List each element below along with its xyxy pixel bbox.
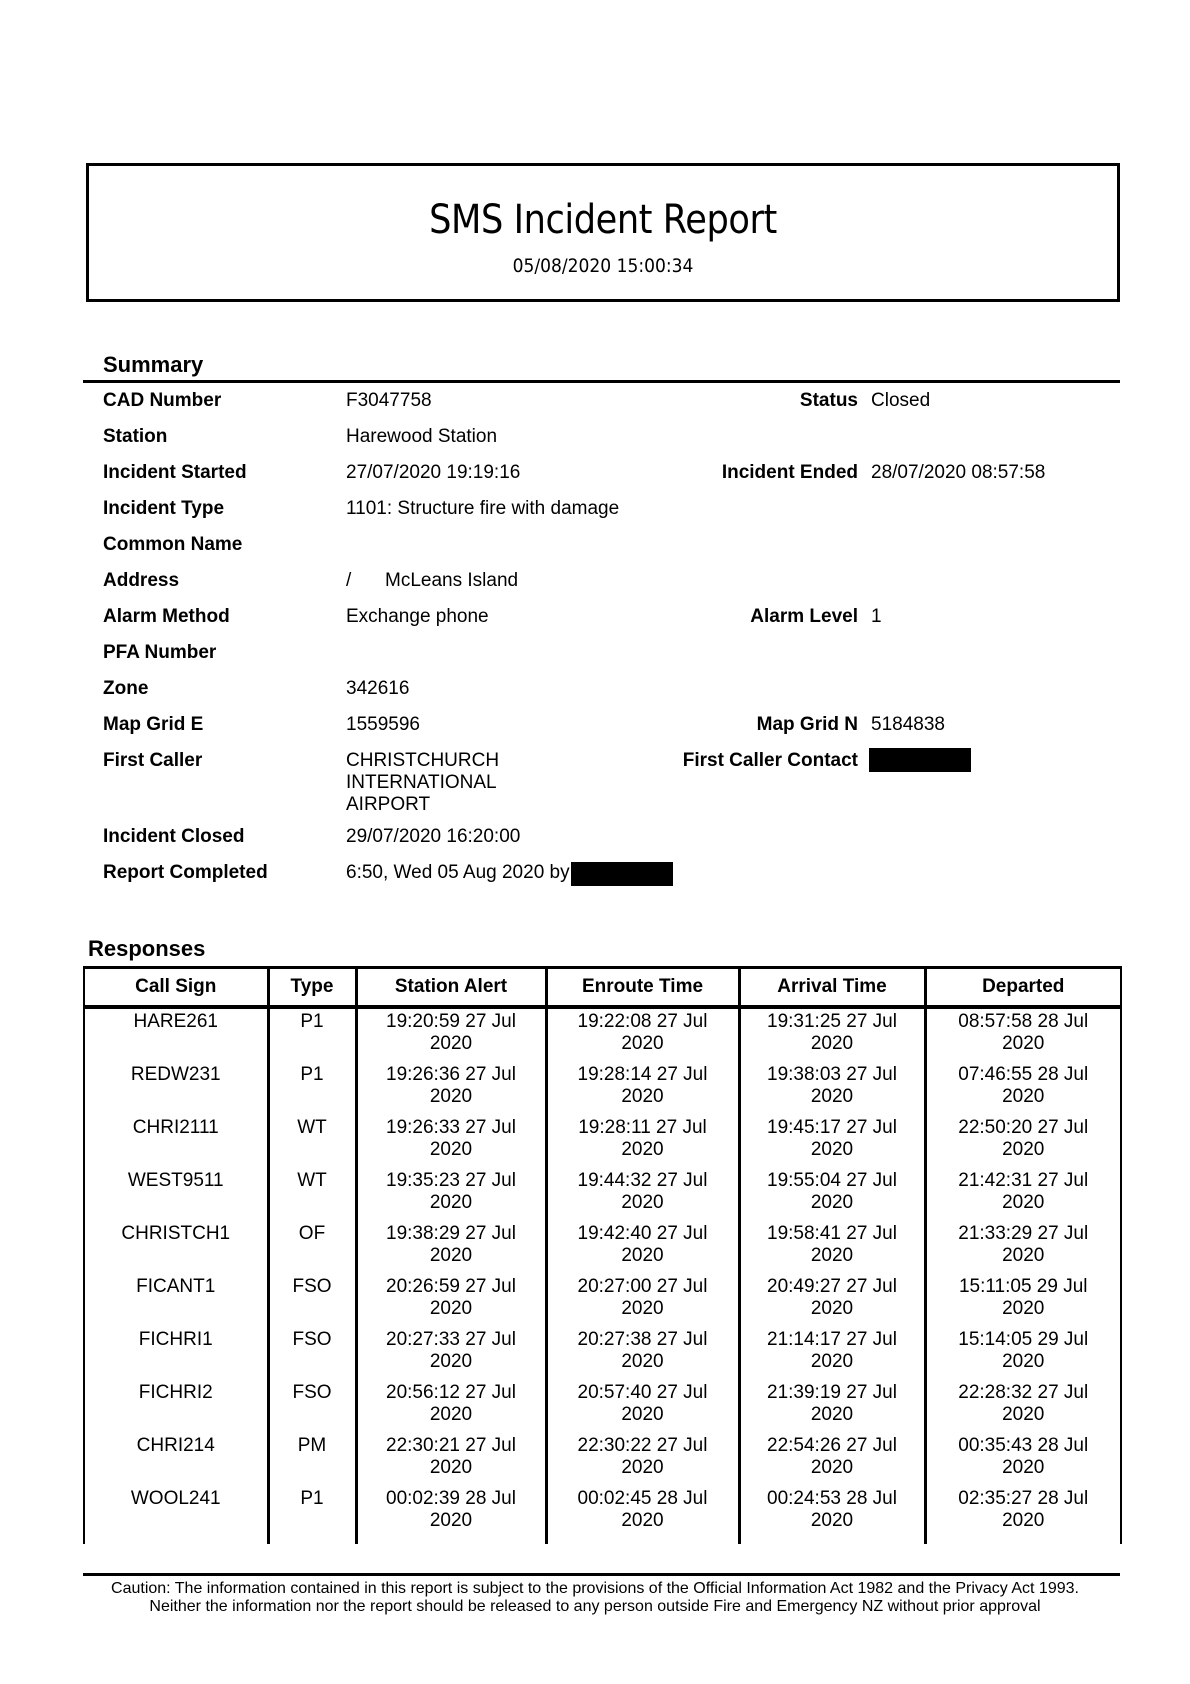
cell-station-alert: 00:02:39 28 Jul2020 (356, 1486, 546, 1544)
zone-value: 342616 (346, 678, 409, 700)
cell-line: 20:56:12 27 Jul (362, 1382, 541, 1404)
cell-line: 19:22:08 27 Jul (552, 1011, 734, 1033)
cell-line: 2020 (931, 1139, 1117, 1161)
cell-call-sign: CHRI214 (84, 1433, 268, 1486)
cell-line: 22:30:22 27 Jul (552, 1435, 734, 1457)
report-completed-label: Report Completed (103, 862, 268, 884)
cell-line: 21:39:19 27 Jul (745, 1382, 920, 1404)
cell-line: 2020 (745, 1457, 920, 1479)
summary-row-incident-closed: Incident Closed 29/07/2020 16:20:00 (0, 826, 1190, 856)
cell-line: 2020 (362, 1351, 541, 1373)
column-header-departed: Departed (925, 968, 1121, 1008)
cell-departed: 22:50:20 27 Jul2020 (925, 1115, 1121, 1168)
cell-line: 19:44:32 27 Jul (552, 1170, 734, 1192)
cell-line: 2020 (745, 1033, 920, 1055)
cell-enroute-time: 19:28:14 27 Jul2020 (546, 1062, 739, 1115)
summary-row-address: Address /McLeans Island (0, 570, 1190, 600)
cell-line: 19:28:11 27 Jul (552, 1117, 734, 1139)
summary-row-pfa: PFA Number (0, 642, 1190, 672)
cell-call-sign: HARE261 (84, 1007, 268, 1062)
cell-departed: 08:57:58 28 Jul2020 (925, 1007, 1121, 1062)
cell-line: 2020 (552, 1298, 734, 1320)
cell-line: 2020 (931, 1245, 1117, 1267)
summary-heading: Summary (103, 352, 203, 378)
table-row: FICANT1FSO20:26:59 27 Jul202020:27:00 27… (84, 1274, 1121, 1327)
cell-station-alert: 19:20:59 27 Jul2020 (356, 1007, 546, 1062)
cell-enroute-time: 19:28:11 27 Jul2020 (546, 1115, 739, 1168)
cell-line: 19:38:03 27 Jul (745, 1064, 920, 1086)
cell-line: 2020 (931, 1510, 1117, 1532)
summary-row-report-completed: Report Completed 6:50, Wed 05 Aug 2020 b… (0, 862, 1190, 892)
cell-type: P1 (268, 1486, 356, 1544)
cell-line: 15:11:05 29 Jul (931, 1276, 1117, 1298)
table-row: FICHRI1FSO20:27:33 27 Jul202020:27:38 27… (84, 1327, 1121, 1380)
cell-call-sign: CHRISTCH1 (84, 1221, 268, 1274)
report-header: SMS Incident Report 05/08/2020 15:00:34 (86, 163, 1120, 302)
cad-number-value: F3047758 (346, 390, 432, 412)
alarm-level-value: 1 (871, 606, 882, 628)
cell-line: 20:26:59 27 Jul (362, 1276, 541, 1298)
cell-call-sign: REDW231 (84, 1062, 268, 1115)
incident-type-label: Incident Type (103, 498, 224, 520)
cell-line: 2020 (362, 1033, 541, 1055)
incident-closed-label: Incident Closed (103, 826, 244, 848)
cell-enroute-time: 20:57:40 27 Jul2020 (546, 1380, 739, 1433)
alarm-level-label: Alarm Level (750, 606, 858, 628)
cell-line: 19:45:17 27 Jul (745, 1117, 920, 1139)
table-row: CHRI2111WT19:26:33 27 Jul202019:28:11 27… (84, 1115, 1121, 1168)
footer-divider (83, 1573, 1120, 1576)
cell-line: 20:27:00 27 Jul (552, 1276, 734, 1298)
cell-line: 00:24:53 28 Jul (745, 1488, 920, 1510)
cell-line: 2020 (745, 1245, 920, 1267)
cell-type: FSO (268, 1327, 356, 1380)
summary-row-station: Station Harewood Station (0, 426, 1190, 456)
station-label: Station (103, 426, 167, 448)
station-value: Harewood Station (346, 426, 497, 448)
summary-row-common-name: Common Name (0, 534, 1190, 564)
cad-number-label: CAD Number (103, 390, 221, 412)
cell-line: 2020 (745, 1298, 920, 1320)
cell-line: 19:31:25 27 Jul (745, 1011, 920, 1033)
report-generated-timestamp: 05/08/2020 15:00:34 (140, 255, 1065, 277)
cell-call-sign: CHRI2111 (84, 1115, 268, 1168)
cell-departed: 21:42:31 27 Jul2020 (925, 1168, 1121, 1221)
first-caller-line: CHRISTCHURCH (346, 750, 499, 772)
cell-departed: 15:14:05 29 Jul2020 (925, 1327, 1121, 1380)
cell-line: 19:35:23 27 Jul (362, 1170, 541, 1192)
cell-arrival-time: 19:58:41 27 Jul2020 (739, 1221, 925, 1274)
cell-line: 2020 (745, 1404, 920, 1426)
cell-type: OF (268, 1221, 356, 1274)
cell-line: 2020 (931, 1298, 1117, 1320)
cell-type: P1 (268, 1007, 356, 1062)
cell-arrival-time: 21:14:17 27 Jul2020 (739, 1327, 925, 1380)
first-caller-contact-redaction (869, 748, 971, 772)
summary-row-map-grid: Map Grid E 1559596 Map Grid N 5184838 (0, 714, 1190, 744)
cell-line: 2020 (362, 1298, 541, 1320)
cell-call-sign: WOOL241 (84, 1486, 268, 1544)
cell-station-alert: 19:38:29 27 Jul2020 (356, 1221, 546, 1274)
cell-line: 2020 (552, 1404, 734, 1426)
cell-line: 19:26:36 27 Jul (362, 1064, 541, 1086)
address-label: Address (103, 570, 179, 592)
cell-line: 19:55:04 27 Jul (745, 1170, 920, 1192)
cell-arrival-time: 19:45:17 27 Jul2020 (739, 1115, 925, 1168)
incident-closed-value: 29/07/2020 16:20:00 (346, 826, 520, 848)
cell-type: FSO (268, 1380, 356, 1433)
responses-table-body: HARE261P119:20:59 27 Jul202019:22:08 27 … (84, 1007, 1121, 1544)
cell-arrival-time: 20:49:27 27 Jul2020 (739, 1274, 925, 1327)
cell-line: 2020 (552, 1139, 734, 1161)
cell-line: 00:02:45 28 Jul (552, 1488, 734, 1510)
cell-line: 2020 (745, 1351, 920, 1373)
cell-call-sign: FICHRI1 (84, 1327, 268, 1380)
summary-divider (83, 380, 1120, 383)
cell-line: 20:27:33 27 Jul (362, 1329, 541, 1351)
cell-line: 2020 (362, 1086, 541, 1108)
cell-enroute-time: 22:30:22 27 Jul2020 (546, 1433, 739, 1486)
cell-line: 08:57:58 28 Jul (931, 1011, 1117, 1033)
pfa-number-label: PFA Number (103, 642, 216, 664)
cell-line: 2020 (552, 1245, 734, 1267)
cell-line: 2020 (552, 1192, 734, 1214)
cell-line: 19:42:40 27 Jul (552, 1223, 734, 1245)
cell-line: 2020 (931, 1404, 1117, 1426)
summary-row-incident-type: Incident Type 1101: Structure fire with … (0, 498, 1190, 528)
cell-line: 2020 (552, 1457, 734, 1479)
cell-line: 2020 (362, 1245, 541, 1267)
cell-departed: 22:28:32 27 Jul2020 (925, 1380, 1121, 1433)
cell-line: 19:58:41 27 Jul (745, 1223, 920, 1245)
cell-line: 07:46:55 28 Jul (931, 1064, 1117, 1086)
report-completed-by-redaction (571, 862, 673, 886)
footer-caution-line-2: Neither the information nor the report s… (0, 1598, 1190, 1616)
cell-call-sign: FICHRI2 (84, 1380, 268, 1433)
cell-line: 22:54:26 27 Jul (745, 1435, 920, 1457)
cell-call-sign: FICANT1 (84, 1274, 268, 1327)
column-header-call-sign: Call Sign (84, 968, 268, 1008)
alarm-method-value: Exchange phone (346, 606, 489, 628)
cell-line: 2020 (362, 1404, 541, 1426)
cell-line: 2020 (362, 1457, 541, 1479)
cell-enroute-time: 19:22:08 27 Jul2020 (546, 1007, 739, 1062)
cell-line: 22:28:32 27 Jul (931, 1382, 1117, 1404)
incident-ended-value: 28/07/2020 08:57:58 (871, 462, 1045, 484)
cell-call-sign: WEST9511 (84, 1168, 268, 1221)
cell-station-alert: 20:56:12 27 Jul2020 (356, 1380, 546, 1433)
cell-line: 21:42:31 27 Jul (931, 1170, 1117, 1192)
cell-line: 2020 (552, 1510, 734, 1532)
cell-line: 19:38:29 27 Jul (362, 1223, 541, 1245)
cell-station-alert: 19:26:33 27 Jul2020 (356, 1115, 546, 1168)
incident-started-value: 27/07/2020 19:19:16 (346, 462, 520, 484)
table-row: CHRI214PM22:30:21 27 Jul202022:30:22 27 … (84, 1433, 1121, 1486)
report-completed-value: 6:50, Wed 05 Aug 2020 by (346, 862, 673, 886)
zone-label: Zone (103, 678, 148, 700)
table-row: FICHRI2FSO20:56:12 27 Jul202020:57:40 27… (84, 1380, 1121, 1433)
cell-line: 21:14:17 27 Jul (745, 1329, 920, 1351)
cell-type: PM (268, 1433, 356, 1486)
cell-line: 00:35:43 28 Jul (931, 1435, 1117, 1457)
cell-departed: 00:35:43 28 Jul2020 (925, 1433, 1121, 1486)
responses-table: Call Sign Type Station Alert Enroute Tim… (83, 966, 1122, 1544)
summary-row-zone: Zone 342616 (0, 678, 1190, 708)
cell-line: 20:57:40 27 Jul (552, 1382, 734, 1404)
cell-type: FSO (268, 1274, 356, 1327)
cell-line: 2020 (931, 1033, 1117, 1055)
first-caller-line: INTERNATIONAL (346, 772, 499, 794)
map-grid-n-value: 5184838 (871, 714, 945, 736)
cell-line: 2020 (362, 1510, 541, 1532)
cell-arrival-time: 22:54:26 27 Jul2020 (739, 1433, 925, 1486)
footer-caution-line-1: Caution: The information contained in th… (0, 1580, 1190, 1598)
cell-line: 2020 (931, 1457, 1117, 1479)
table-row: HARE261P119:20:59 27 Jul202019:22:08 27 … (84, 1007, 1121, 1062)
cell-departed: 15:11:05 29 Jul2020 (925, 1274, 1121, 1327)
summary-row-incident-times: Incident Started 27/07/2020 19:19:16 Inc… (0, 462, 1190, 492)
cell-station-alert: 19:26:36 27 Jul2020 (356, 1062, 546, 1115)
first-caller-line: AIRPORT (346, 794, 499, 816)
cell-line: 2020 (745, 1192, 920, 1214)
cell-line: 2020 (362, 1139, 541, 1161)
cell-line: 2020 (552, 1351, 734, 1373)
cell-line: 22:30:21 27 Jul (362, 1435, 541, 1457)
cell-line: 2020 (931, 1351, 1117, 1373)
cell-departed: 21:33:29 27 Jul2020 (925, 1221, 1121, 1274)
cell-line: 2020 (931, 1086, 1117, 1108)
table-row: WEST9511WT19:35:23 27 Jul202019:44:32 27… (84, 1168, 1121, 1221)
table-row: CHRISTCH1OF19:38:29 27 Jul202019:42:40 2… (84, 1221, 1121, 1274)
cell-arrival-time: 19:31:25 27 Jul2020 (739, 1007, 925, 1062)
cell-arrival-time: 00:24:53 28 Jul2020 (739, 1486, 925, 1544)
summary-row-cad: CAD Number F3047758 Status Closed (0, 390, 1190, 420)
cell-departed: 07:46:55 28 Jul2020 (925, 1062, 1121, 1115)
cell-enroute-time: 00:02:45 28 Jul2020 (546, 1486, 739, 1544)
cell-enroute-time: 20:27:00 27 Jul2020 (546, 1274, 739, 1327)
summary-row-alarm: Alarm Method Exchange phone Alarm Level … (0, 606, 1190, 636)
status-label: Status (800, 390, 858, 412)
cell-line: 2020 (745, 1139, 920, 1161)
cell-line: 2020 (552, 1086, 734, 1108)
address-separator: / (346, 570, 385, 592)
cell-departed: 02:35:27 28 Jul2020 (925, 1486, 1121, 1544)
cell-line: 2020 (931, 1192, 1117, 1214)
cell-line: 2020 (745, 1086, 920, 1108)
cell-station-alert: 22:30:21 27 Jul2020 (356, 1433, 546, 1486)
cell-type: WT (268, 1168, 356, 1221)
summary-row-first-caller: First Caller CHRISTCHURCH INTERNATIONAL … (0, 750, 1190, 820)
report-completed-text: 6:50, Wed 05 Aug 2020 by (346, 862, 570, 883)
cell-enroute-time: 19:44:32 27 Jul2020 (546, 1168, 739, 1221)
cell-line: 2020 (552, 1033, 734, 1055)
cell-line: 19:20:59 27 Jul (362, 1011, 541, 1033)
column-header-type: Type (268, 968, 356, 1008)
map-grid-e-label: Map Grid E (103, 714, 203, 736)
cell-station-alert: 19:35:23 27 Jul2020 (356, 1168, 546, 1221)
cell-arrival-time: 19:38:03 27 Jul2020 (739, 1062, 925, 1115)
cell-arrival-time: 21:39:19 27 Jul2020 (739, 1380, 925, 1433)
first-caller-label: First Caller (103, 750, 202, 772)
first-caller-contact-label: First Caller Contact (683, 750, 858, 772)
cell-line: 19:28:14 27 Jul (552, 1064, 734, 1086)
address-value: /McLeans Island (346, 570, 518, 592)
cell-line: 20:49:27 27 Jul (745, 1276, 920, 1298)
table-row: WOOL241P100:02:39 28 Jul202000:02:45 28 … (84, 1486, 1121, 1544)
cell-line: 02:35:27 28 Jul (931, 1488, 1117, 1510)
column-header-arrival-time: Arrival Time (739, 968, 925, 1008)
cell-type: P1 (268, 1062, 356, 1115)
cell-enroute-time: 19:42:40 27 Jul2020 (546, 1221, 739, 1274)
cell-arrival-time: 19:55:04 27 Jul2020 (739, 1168, 925, 1221)
cell-line: 21:33:29 27 Jul (931, 1223, 1117, 1245)
table-row: REDW231P119:26:36 27 Jul202019:28:14 27 … (84, 1062, 1121, 1115)
column-header-enroute-time: Enroute Time (546, 968, 739, 1008)
cell-line: 2020 (745, 1510, 920, 1532)
incident-type-value: 1101: Structure fire with damage (346, 498, 619, 520)
map-grid-n-label: Map Grid N (757, 714, 858, 736)
alarm-method-label: Alarm Method (103, 606, 230, 628)
responses-header-row: Call Sign Type Station Alert Enroute Tim… (84, 968, 1121, 1008)
cell-type: WT (268, 1115, 356, 1168)
cell-line: 22:50:20 27 Jul (931, 1117, 1117, 1139)
common-name-label: Common Name (103, 534, 242, 556)
cell-line: 2020 (362, 1192, 541, 1214)
incident-ended-label: Incident Ended (722, 462, 858, 484)
status-value: Closed (871, 390, 930, 412)
cell-station-alert: 20:27:33 27 Jul2020 (356, 1327, 546, 1380)
incident-started-label: Incident Started (103, 462, 247, 484)
first-caller-value: CHRISTCHURCH INTERNATIONAL AIRPORT (346, 750, 499, 816)
cell-line: 15:14:05 29 Jul (931, 1329, 1117, 1351)
cell-enroute-time: 20:27:38 27 Jul2020 (546, 1327, 739, 1380)
cell-station-alert: 20:26:59 27 Jul2020 (356, 1274, 546, 1327)
cell-line: 20:27:38 27 Jul (552, 1329, 734, 1351)
responses-heading: Responses (88, 936, 205, 962)
cell-line: 00:02:39 28 Jul (362, 1488, 541, 1510)
cell-line: 19:26:33 27 Jul (362, 1117, 541, 1139)
map-grid-e-value: 1559596 (346, 714, 420, 736)
column-header-station-alert: Station Alert (356, 968, 546, 1008)
report-title: SMS Incident Report (151, 197, 1056, 243)
address-locality: McLeans Island (385, 570, 518, 591)
